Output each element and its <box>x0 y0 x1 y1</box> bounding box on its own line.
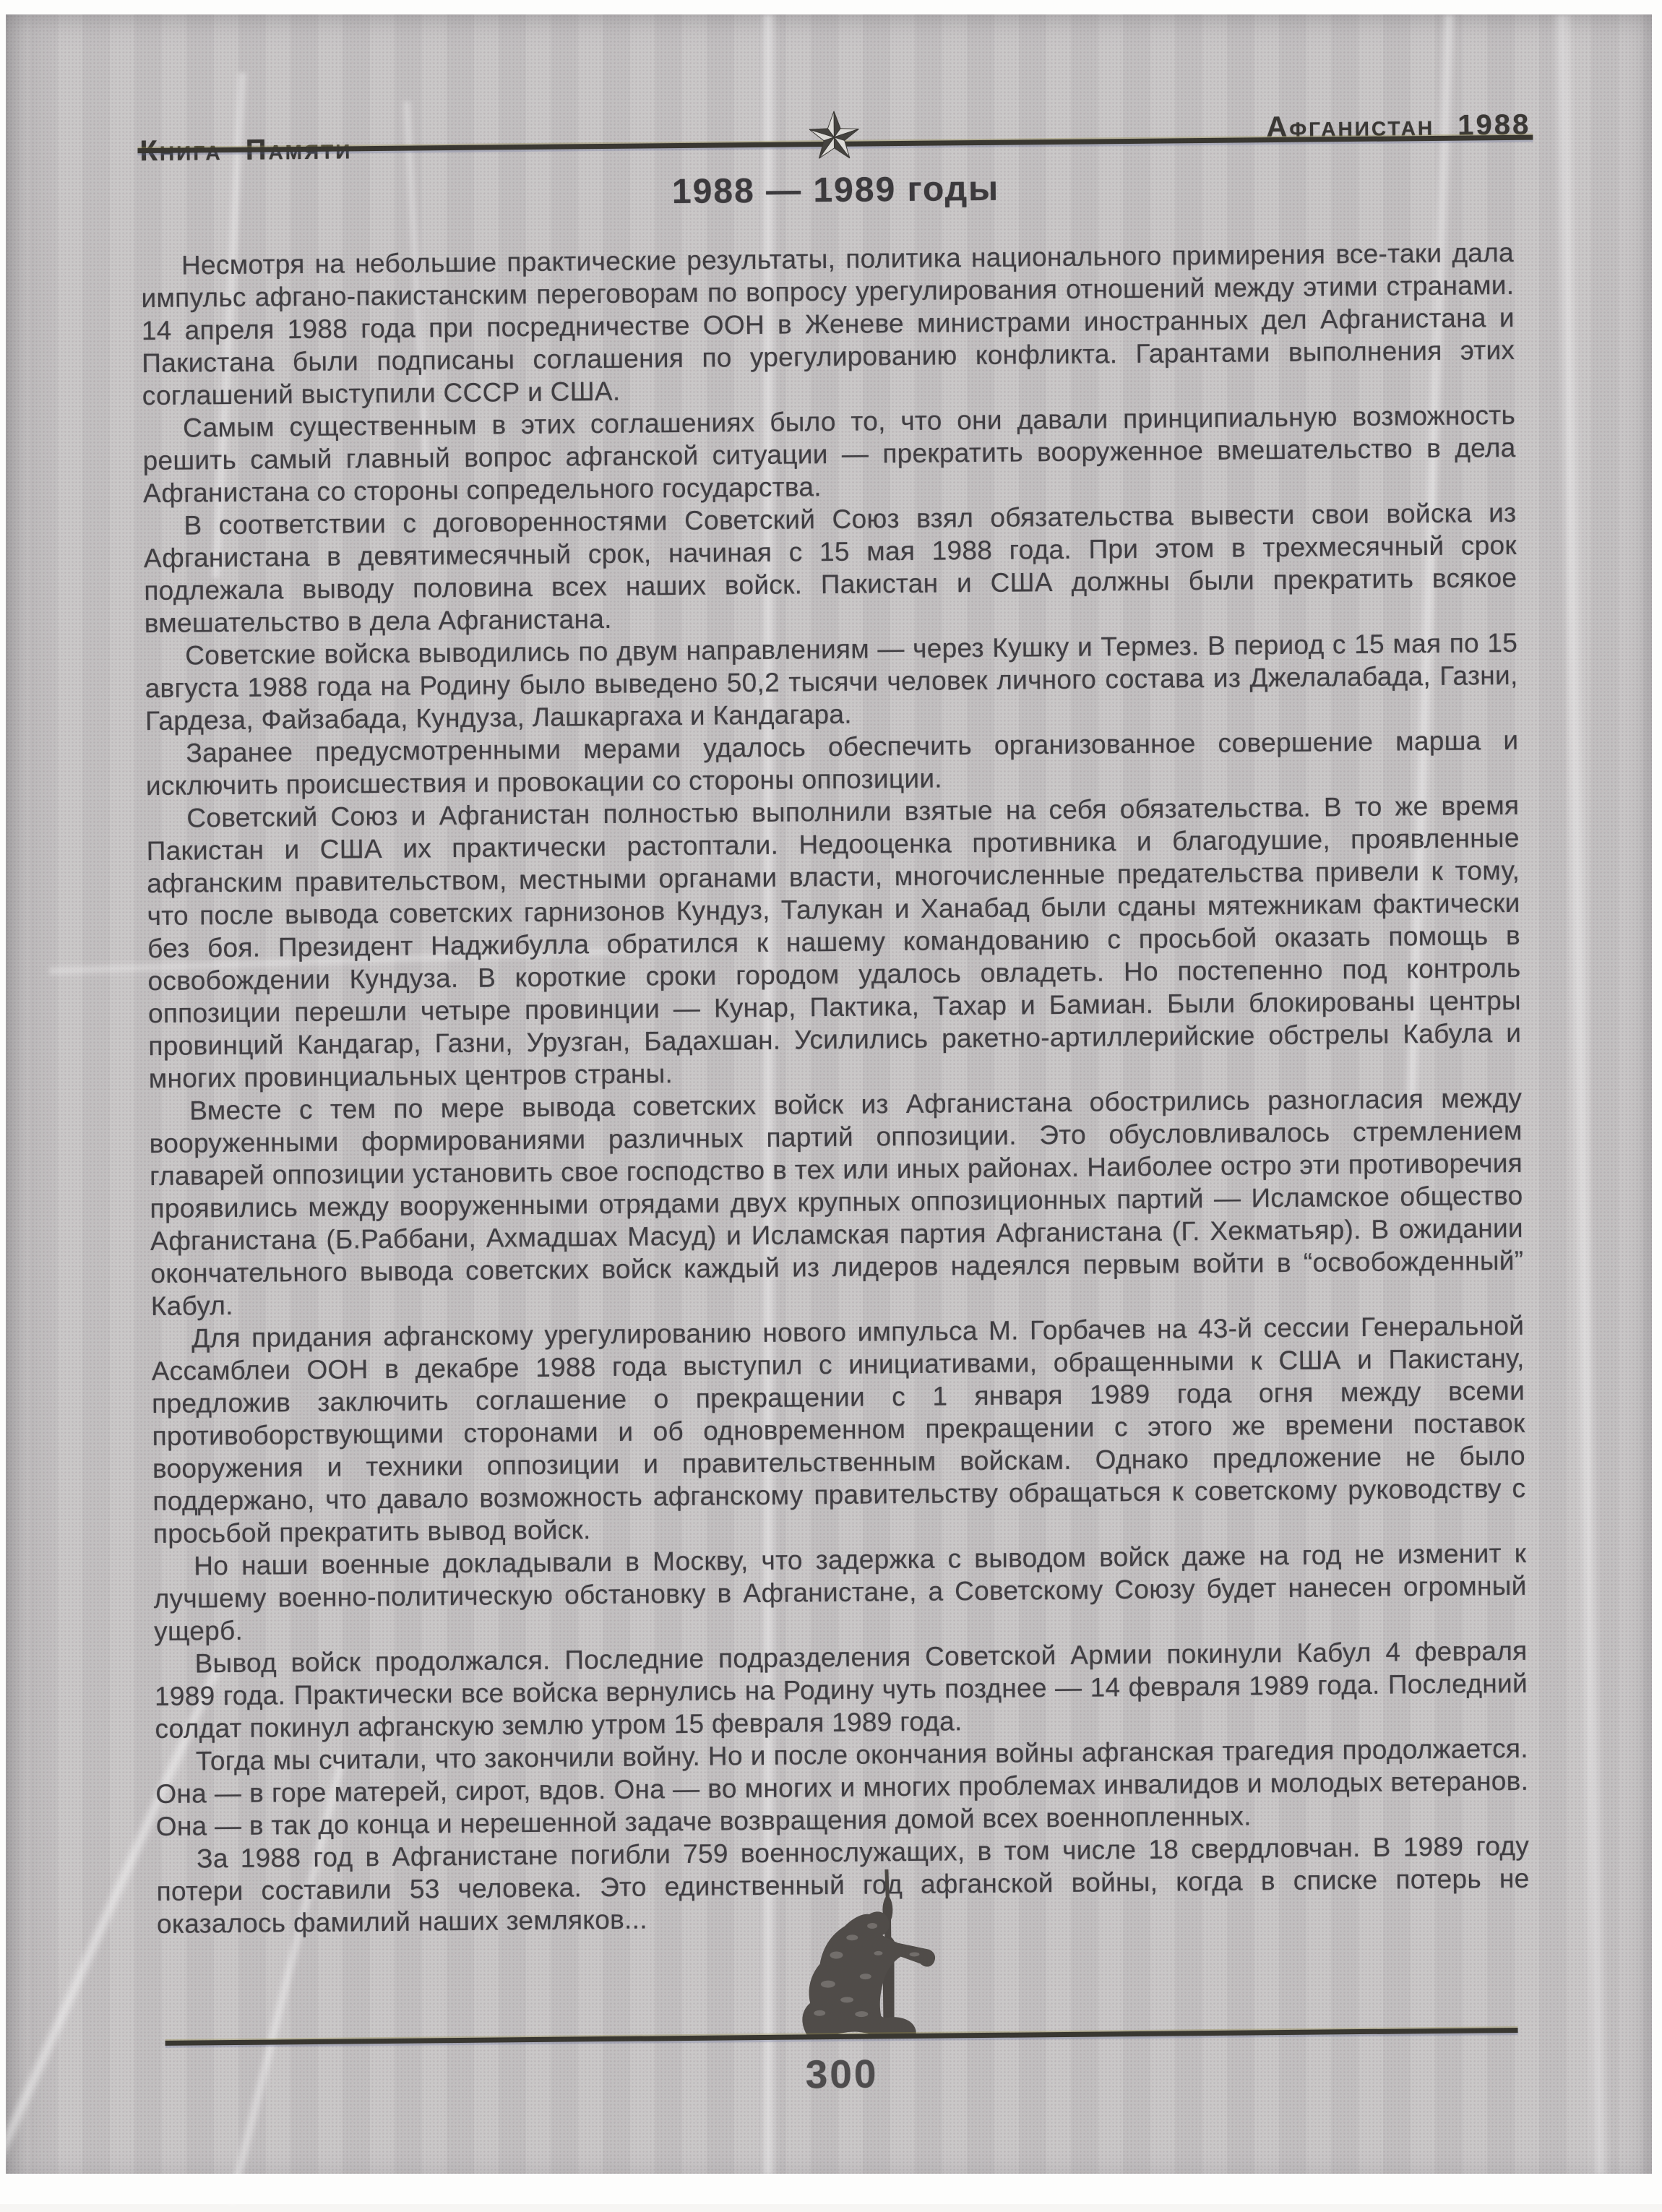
page-content: Книга Памяти Афганистан 1988 1988 — 1989… <box>0 0 1662 2204</box>
body-paragraph: Вместе с тем по мере вывода советских во… <box>149 1082 1524 1322</box>
body-paragraph: В соответствии с договоренностями Советс… <box>143 496 1517 640</box>
scan-edge <box>0 0 6 2204</box>
kneeling-soldier-memorial-icon <box>785 1867 942 2040</box>
body-paragraph: Вывод войск продолжался. Последние подра… <box>154 1635 1528 1745</box>
body-paragraph: Тогда мы считали, что закончили войну. Н… <box>155 1732 1529 1843</box>
body-text: Несмотря на небольшие практические резул… <box>141 236 1530 1940</box>
page-title: 1988 — 1989 годы <box>138 164 1533 218</box>
scan-edge <box>0 2174 1662 2204</box>
body-paragraph: Для придания афганскому урегулированию н… <box>151 1309 1526 1550</box>
body-paragraph: Но наши военные докладывали в Москву, чт… <box>153 1537 1527 1648</box>
scan-edge <box>0 0 1662 14</box>
paper-sheet: Книга Памяти Афганистан 1988 1988 — 1989… <box>6 14 1652 2174</box>
body-paragraph: Самым существенным в этих соглашениях бы… <box>142 399 1516 509</box>
page-number: 300 <box>165 2044 1519 2104</box>
body-paragraph: Советский Союз и Афганистан полностью вы… <box>146 789 1522 1095</box>
scanned-book-page: { "page": { "header": { "left_label": "К… <box>0 0 1662 2204</box>
scan-edge <box>1652 0 1662 2204</box>
red-army-star-icon <box>806 109 863 166</box>
body-paragraph: Советские войска выводились по двум напр… <box>145 627 1518 737</box>
body-paragraph: Несмотря на небольшие практические резул… <box>141 236 1515 412</box>
